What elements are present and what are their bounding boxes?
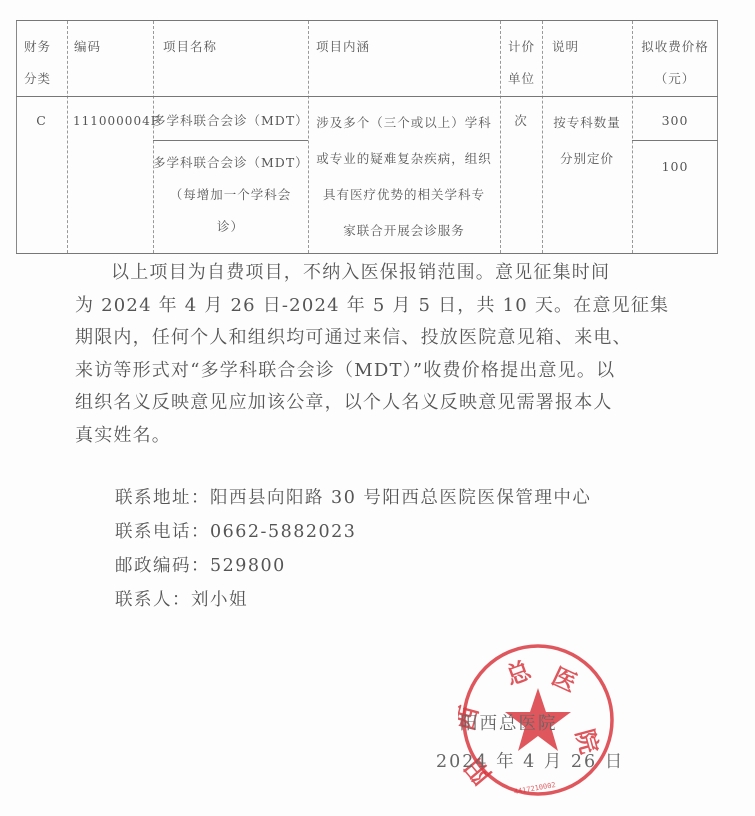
cell-code: 111000004F [73, 105, 160, 137]
cell-item-name-1: 多学科联合会诊（MDT） [153, 105, 308, 137]
header-divider [16, 96, 718, 97]
header-note: 说明 [552, 31, 579, 63]
signature-date: 2024 年 4 月 26 日 [436, 748, 624, 773]
paragraph-line: 来访等形式对“多学科联合会诊（MDT）”收费价格提出意见。以 [75, 355, 675, 388]
signature-org: 阳西总医院 [460, 710, 558, 735]
row-divider-price [632, 140, 718, 141]
cell-price-1: 300 [632, 105, 718, 137]
svg-text:医: 医 [547, 662, 581, 698]
cell-note: 按专科数量 分别定价 [542, 105, 632, 177]
contact-person: 联系人：刘小姐 [115, 583, 591, 617]
header-price: 拟收费价格 （元） [632, 31, 718, 95]
paragraph-line: 组织名义反映意见应加该公章，以个人名义反映意见需署报本人 [75, 387, 675, 420]
table-left-border [16, 21, 17, 253]
cell-price-2: 100 [632, 151, 718, 183]
notice-paragraph: 以上项目为自费项目，不纳入医保报销范围。意见征集时间 为 2024 年 4 月 … [75, 257, 675, 452]
paragraph-line: 为 2024 年 4 月 26 日-2024 年 5 月 5 日，共 10 天。… [75, 290, 675, 323]
svg-text:总: 总 [502, 656, 535, 691]
contact-postcode: 邮政编码：529800 [115, 549, 591, 583]
paragraph-line: 以上项目为自费项目，不纳入医保报销范围。意见征集时间 [75, 257, 675, 290]
paragraph-line: 期限内，任何个人和组织均可通过来信、投放医院意见箱、来电、 [75, 322, 675, 355]
header-unit: 计价 单位 [508, 31, 535, 95]
col-divider [67, 21, 68, 253]
col-divider [500, 21, 501, 253]
contact-phone: 联系电话：0662-5882023 [115, 515, 591, 549]
paragraph-line: 真实姓名。 [75, 420, 675, 453]
cell-item-name-2: 多学科联合会诊（MDT） （每增加一个学科会 诊） [153, 147, 308, 243]
row-divider-name [153, 140, 308, 141]
header-category: 财务 分类 [24, 31, 51, 95]
header-item-name: 项目名称 [163, 31, 217, 63]
cell-unit: 次 [500, 105, 542, 137]
cell-category: C [16, 105, 67, 137]
contact-address: 联系地址：阳西县向阳路 30 号阳西总医院医保管理中心 [115, 481, 591, 515]
fee-table: 财务 分类 编码 项目名称 项目内涵 计价 单位 说明 拟收费价格 （元） C … [16, 20, 718, 254]
header-code: 编码 [74, 31, 101, 63]
header-item-content: 项目内涵 [316, 31, 370, 63]
contact-block: 联系地址：阳西县向阳路 30 号阳西总医院医保管理中心 联系电话：0662-58… [115, 481, 591, 617]
cell-item-content: 涉及多个（三个或以上）学科 或专业的疑难复杂疾病，组织 具有医疗优势的相关学科专… [308, 105, 500, 249]
